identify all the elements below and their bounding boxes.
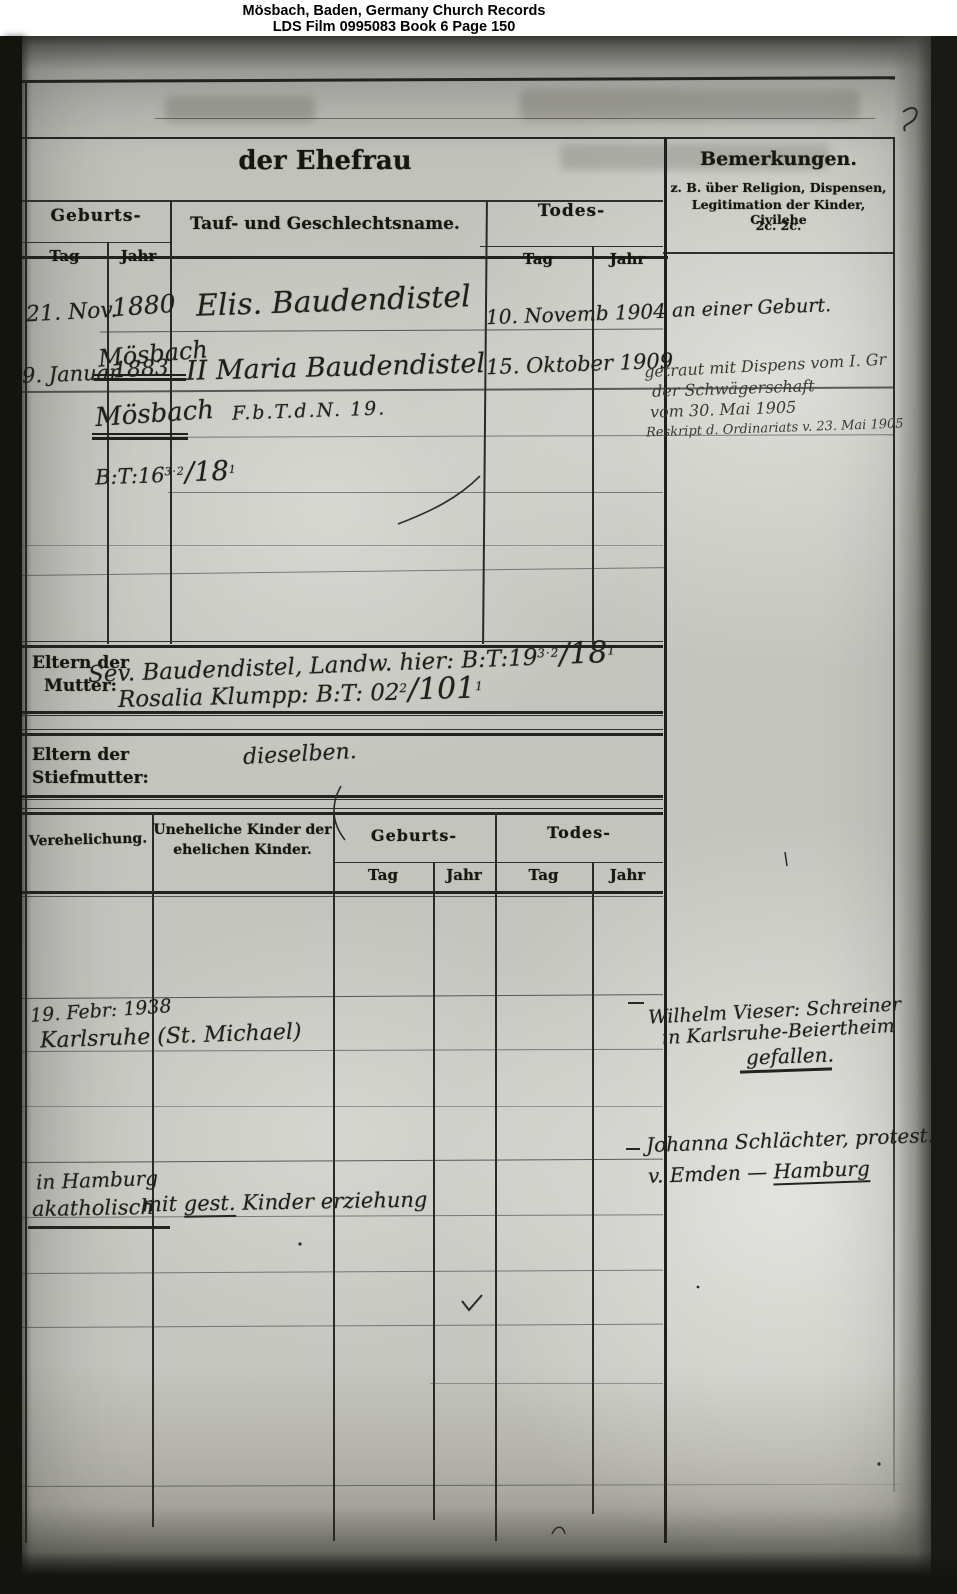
pen-stroke bbox=[785, 852, 787, 866]
pen-stroke bbox=[398, 476, 480, 524]
pen-stroke bbox=[552, 1527, 565, 1534]
ink-speck bbox=[877, 1462, 880, 1465]
ink-speck bbox=[298, 1242, 301, 1245]
check-mark bbox=[462, 1295, 482, 1310]
pen-stroke bbox=[334, 786, 345, 840]
ink-speck bbox=[697, 1286, 700, 1289]
document-page: Mösbach, Baden, Germany Church Records L… bbox=[0, 0, 957, 1594]
pen-stroke-overlay bbox=[0, 0, 957, 1594]
margin-mark bbox=[903, 108, 917, 131]
